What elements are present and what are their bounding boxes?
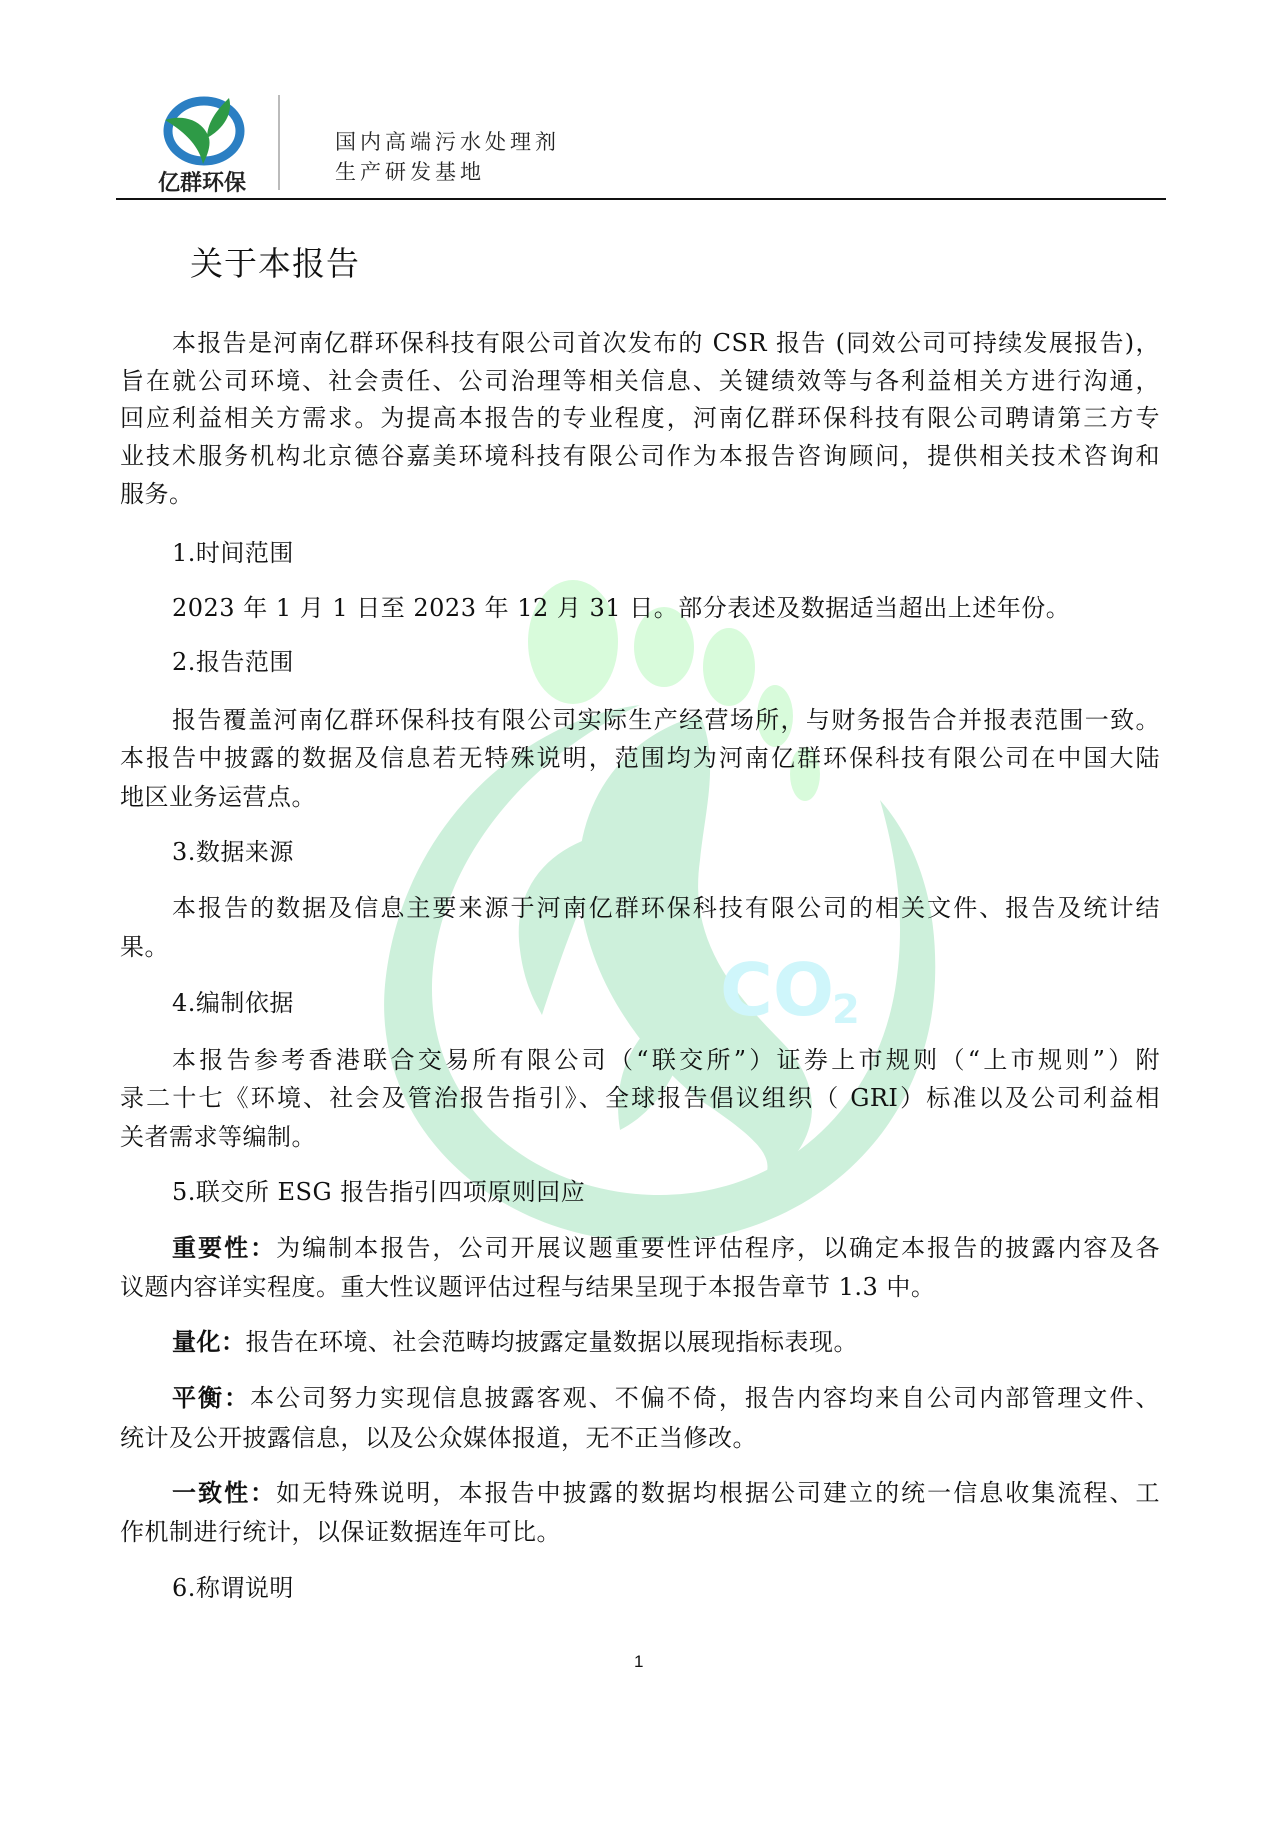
principle-quantitative: 量化：报告在环境、社会范畴均披露定量数据以展现指标表现。	[172, 1327, 858, 1357]
section-heading-basis: 4.编制依据	[172, 988, 294, 1018]
section-heading-terminology: 6.称谓说明	[172, 1573, 294, 1603]
principle-label: 量化：	[172, 1327, 246, 1356]
principle-label: 重要性：	[172, 1233, 276, 1262]
principle-materiality: 重要性：为编制本报告，公司开展议题重要性评估程序，以确定本报告的披露内容及各	[172, 1233, 1160, 1263]
principle-consistency: 一致性：如无特殊说明，本报告中披露的数据均根据公司建立的统一信息收集流程、工	[172, 1478, 1160, 1508]
logo-text: 亿群环保	[158, 166, 246, 197]
data-source-line: 果。	[120, 932, 1160, 962]
page-number: 1	[634, 1652, 643, 1672]
tagline-line-2: 生产研发基地	[335, 159, 485, 185]
header-divider	[278, 95, 280, 190]
company-logo-icon	[163, 94, 247, 170]
principle-materiality-cont: 议题内容详实程度。重大性议题评估过程与结果呈现于本报告章节 1.3 中。	[120, 1272, 1160, 1302]
section-heading-data-source: 3.数据来源	[172, 837, 294, 867]
time-range-text: 2023 年 1 月 1 日至 2023 年 12 月 31 日。部分表述及数据…	[172, 593, 1070, 623]
principle-balance-cont: 统计及公开披露信息，以及公众媒体报道，无不正当修改。	[120, 1423, 1160, 1453]
basis-line: 本报告参考香港联合交易所有限公司（“联交所”）证券上市规则（“上市规则”）附	[172, 1045, 1160, 1075]
intro-line: 本报告是河南亿群环保科技有限公司首次发布的 CSR 报告 (同效公司可持续发展报…	[172, 328, 1160, 358]
header-rule	[116, 198, 1166, 200]
basis-line: 关者需求等编制。	[120, 1122, 1160, 1152]
principle-consistency-cont: 作机制进行统计，以保证数据连年可比。	[120, 1517, 1160, 1547]
intro-line: 服务。	[120, 479, 1160, 509]
intro-line: 业技术服务机构北京德谷嘉美环境科技有限公司作为本报告咨询顾问，提供相关技术咨询和	[120, 441, 1160, 471]
principle-label: 平衡：	[172, 1383, 250, 1412]
intro-line: 回应利益相关方需求。为提高本报告的专业程度，河南亿群环保科技有限公司聘请第三方专	[120, 403, 1160, 433]
page-title: 关于本报告	[190, 244, 360, 284]
report-scope-line: 报告覆盖河南亿群环保科技有限公司实际生产经营场所，与财务报告合并报表范围一致。	[172, 705, 1160, 735]
data-source-line: 本报告的数据及信息主要来源于河南亿群环保科技有限公司的相关文件、报告及统计结	[172, 893, 1160, 923]
section-heading-report-scope: 2.报告范围	[172, 647, 294, 677]
section-heading-time-range: 1.时间范围	[172, 538, 294, 568]
report-scope-line: 地区业务运营点。	[120, 782, 1160, 812]
tagline-line-1: 国内高端污水处理剂	[335, 129, 560, 155]
principle-label: 一致性：	[172, 1478, 276, 1507]
svg-text:2: 2	[832, 987, 860, 1033]
report-scope-line: 本报告中披露的数据及信息若无特殊说明，范围均为河南亿群环保科技有限公司在中国大陆	[120, 743, 1160, 773]
section-heading-esg-principles: 5.联交所 ESG 报告指引四项原则回应	[172, 1177, 585, 1207]
principle-balance: 平衡：本公司努力实现信息披露客观、不偏不倚，报告内容均来自公司内部管理文件、	[172, 1383, 1160, 1413]
basis-line: 录二十七《环境、社会及管治报告指引》、全球报告倡议组织（ GRI）标准以及公司利…	[120, 1083, 1160, 1113]
intro-line: 旨在就公司环境、社会责任、公司治理等相关信息、关键绩效等与各利益相关方进行沟通，	[120, 366, 1160, 396]
